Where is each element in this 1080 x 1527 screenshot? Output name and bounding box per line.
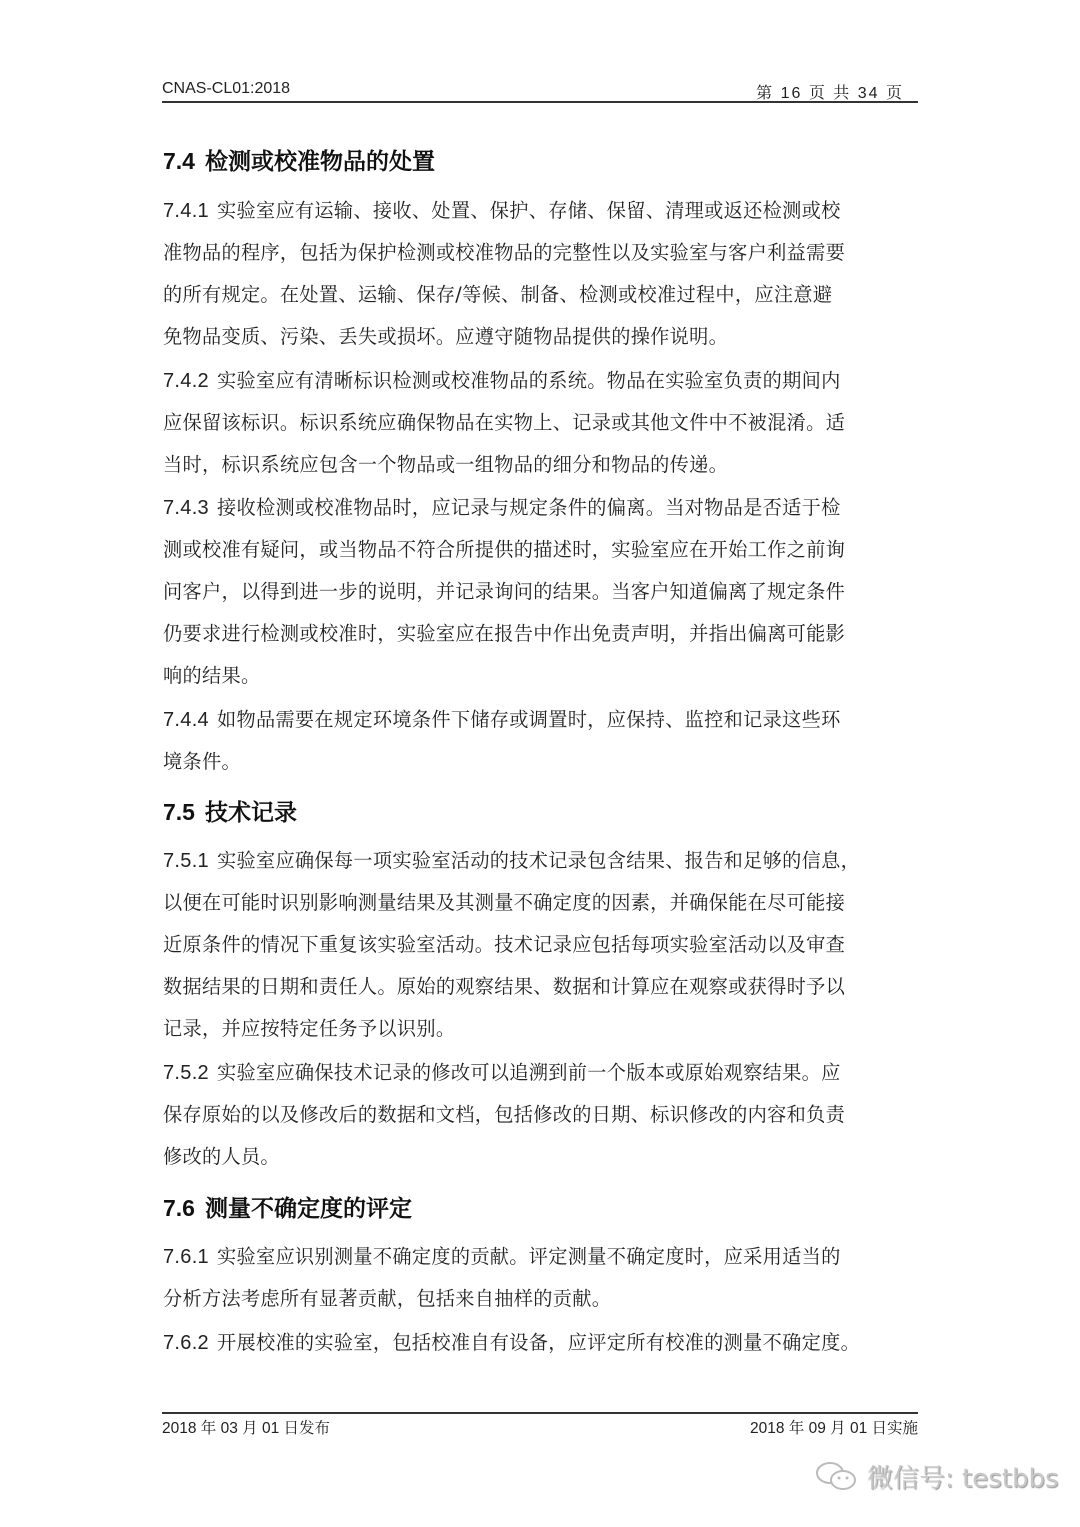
section-heading-7-6: 7.6测量不确定度的评定 [163,1190,412,1223]
clause-line: 免物品变质、污染、丢失或损坏。应遵守随物品提供的操作说明。 [163,322,923,349]
clause-line: 应保留该标识。标识系统应确保物品在实物上、记录或其他文件中不被混淆。适 [163,408,923,435]
clause-line: 仍要求进行检测或校准时，实验室应在报告中作出免责声明，并指出偏离可能影 [163,619,923,646]
page-number: 第 16 页 共 34 页 [756,80,904,103]
clause-line: 修改的人员。 [163,1142,923,1169]
section-heading-7-4: 7.4检测或校准物品的处置 [163,143,435,176]
watermark-text: 微信号: testbbs [867,1458,1059,1495]
clause-line: 的所有规定。在处置、运输、保存/等候、制备、检测或校准过程中，应注意避 [163,280,923,307]
clause-line: 保存原始的以及修改后的数据和文档，包括修改的日期、标识修改的内容和负责 [163,1100,923,1127]
clause-7-5-1: 7.5.1实验室应确保每一项实验室活动的技术记录包含结果、报告和足够的信息， [163,846,923,873]
clause-line: 境条件。 [163,747,923,774]
wechat-icon [815,1460,859,1494]
clause-7-4-2: 7.4.2实验室应有清晰标识检测或校准物品的系统。物品在实验室负责的期间内 [163,366,923,393]
clause-line: 测或校准有疑问，或当物品不符合所提供的描述时，实验室应在开始工作之前询 [163,535,923,562]
clause-7-4-3: 7.4.3接收检测或校准物品时，应记录与规定条件的偏离。当对物品是否适于检 [163,493,923,520]
page-footer: 2018 年 03 月 01 日发布 2018 年 09 月 01 日实施 [162,1416,918,1438]
header-divider [162,101,918,103]
page-header: CNAS-CL01:2018 第 16 页 共 34 页 [162,76,918,102]
clause-line: 响的结果。 [163,661,923,688]
clause-line: 数据结果的日期和责任人。原始的观察结果、数据和计算应在观察或获得时予以 [163,972,923,999]
footer-divider [162,1412,918,1414]
clause-7-6-1: 7.6.1实验室应识别测量不确定度的贡献。评定测量不确定度时，应采用适当的 [163,1242,923,1269]
clause-line: 当时，标识系统应包含一个物品或一组物品的细分和物品的传递。 [163,450,923,477]
clause-line: 近原条件的情况下重复该实验室活动。技术记录应包括每项实验室活动以及审查 [163,930,923,957]
clause-line: 分析方法考虑所有显著贡献，包括来自抽样的贡献。 [163,1284,923,1311]
clause-7-6-2: 7.6.2开展校准的实验室，包括校准自有设备，应评定所有校准的测量不确定度。 [163,1328,923,1355]
effective-date: 2018 年 09 月 01 日实施 [750,1416,918,1438]
clause-7-4-4: 7.4.4如物品需要在规定环境条件下储存或调置时，应保持、监控和记录这些环 [163,705,923,732]
clause-line: 准物品的程序，包括为保护检测或校准物品的完整性以及实验室与客户利益需要 [163,238,923,265]
clause-7-5-2: 7.5.2实验室应确保技术记录的修改可以追溯到前一个版本或原始观察结果。应 [163,1058,923,1085]
document-id: CNAS-CL01:2018 [162,80,290,98]
issue-date: 2018 年 03 月 01 日发布 [162,1416,330,1438]
section-heading-7-5: 7.5技术记录 [163,794,297,827]
clause-line: 以便在可能时识别影响测量结果及其测量不确定度的因素，并确保能在尽可能接 [163,888,923,915]
clause-7-4-1: 7.4.1实验室应有运输、接收、处置、保护、存储、保留、清理或返还检测或校 [163,196,923,223]
watermark: 微信号: testbbs [815,1458,1059,1495]
clause-line: 记录，并应按特定任务予以识别。 [163,1014,923,1041]
clause-line: 问客户，以得到进一步的说明，并记录询问的结果。当客户知道偏离了规定条件 [163,577,923,604]
